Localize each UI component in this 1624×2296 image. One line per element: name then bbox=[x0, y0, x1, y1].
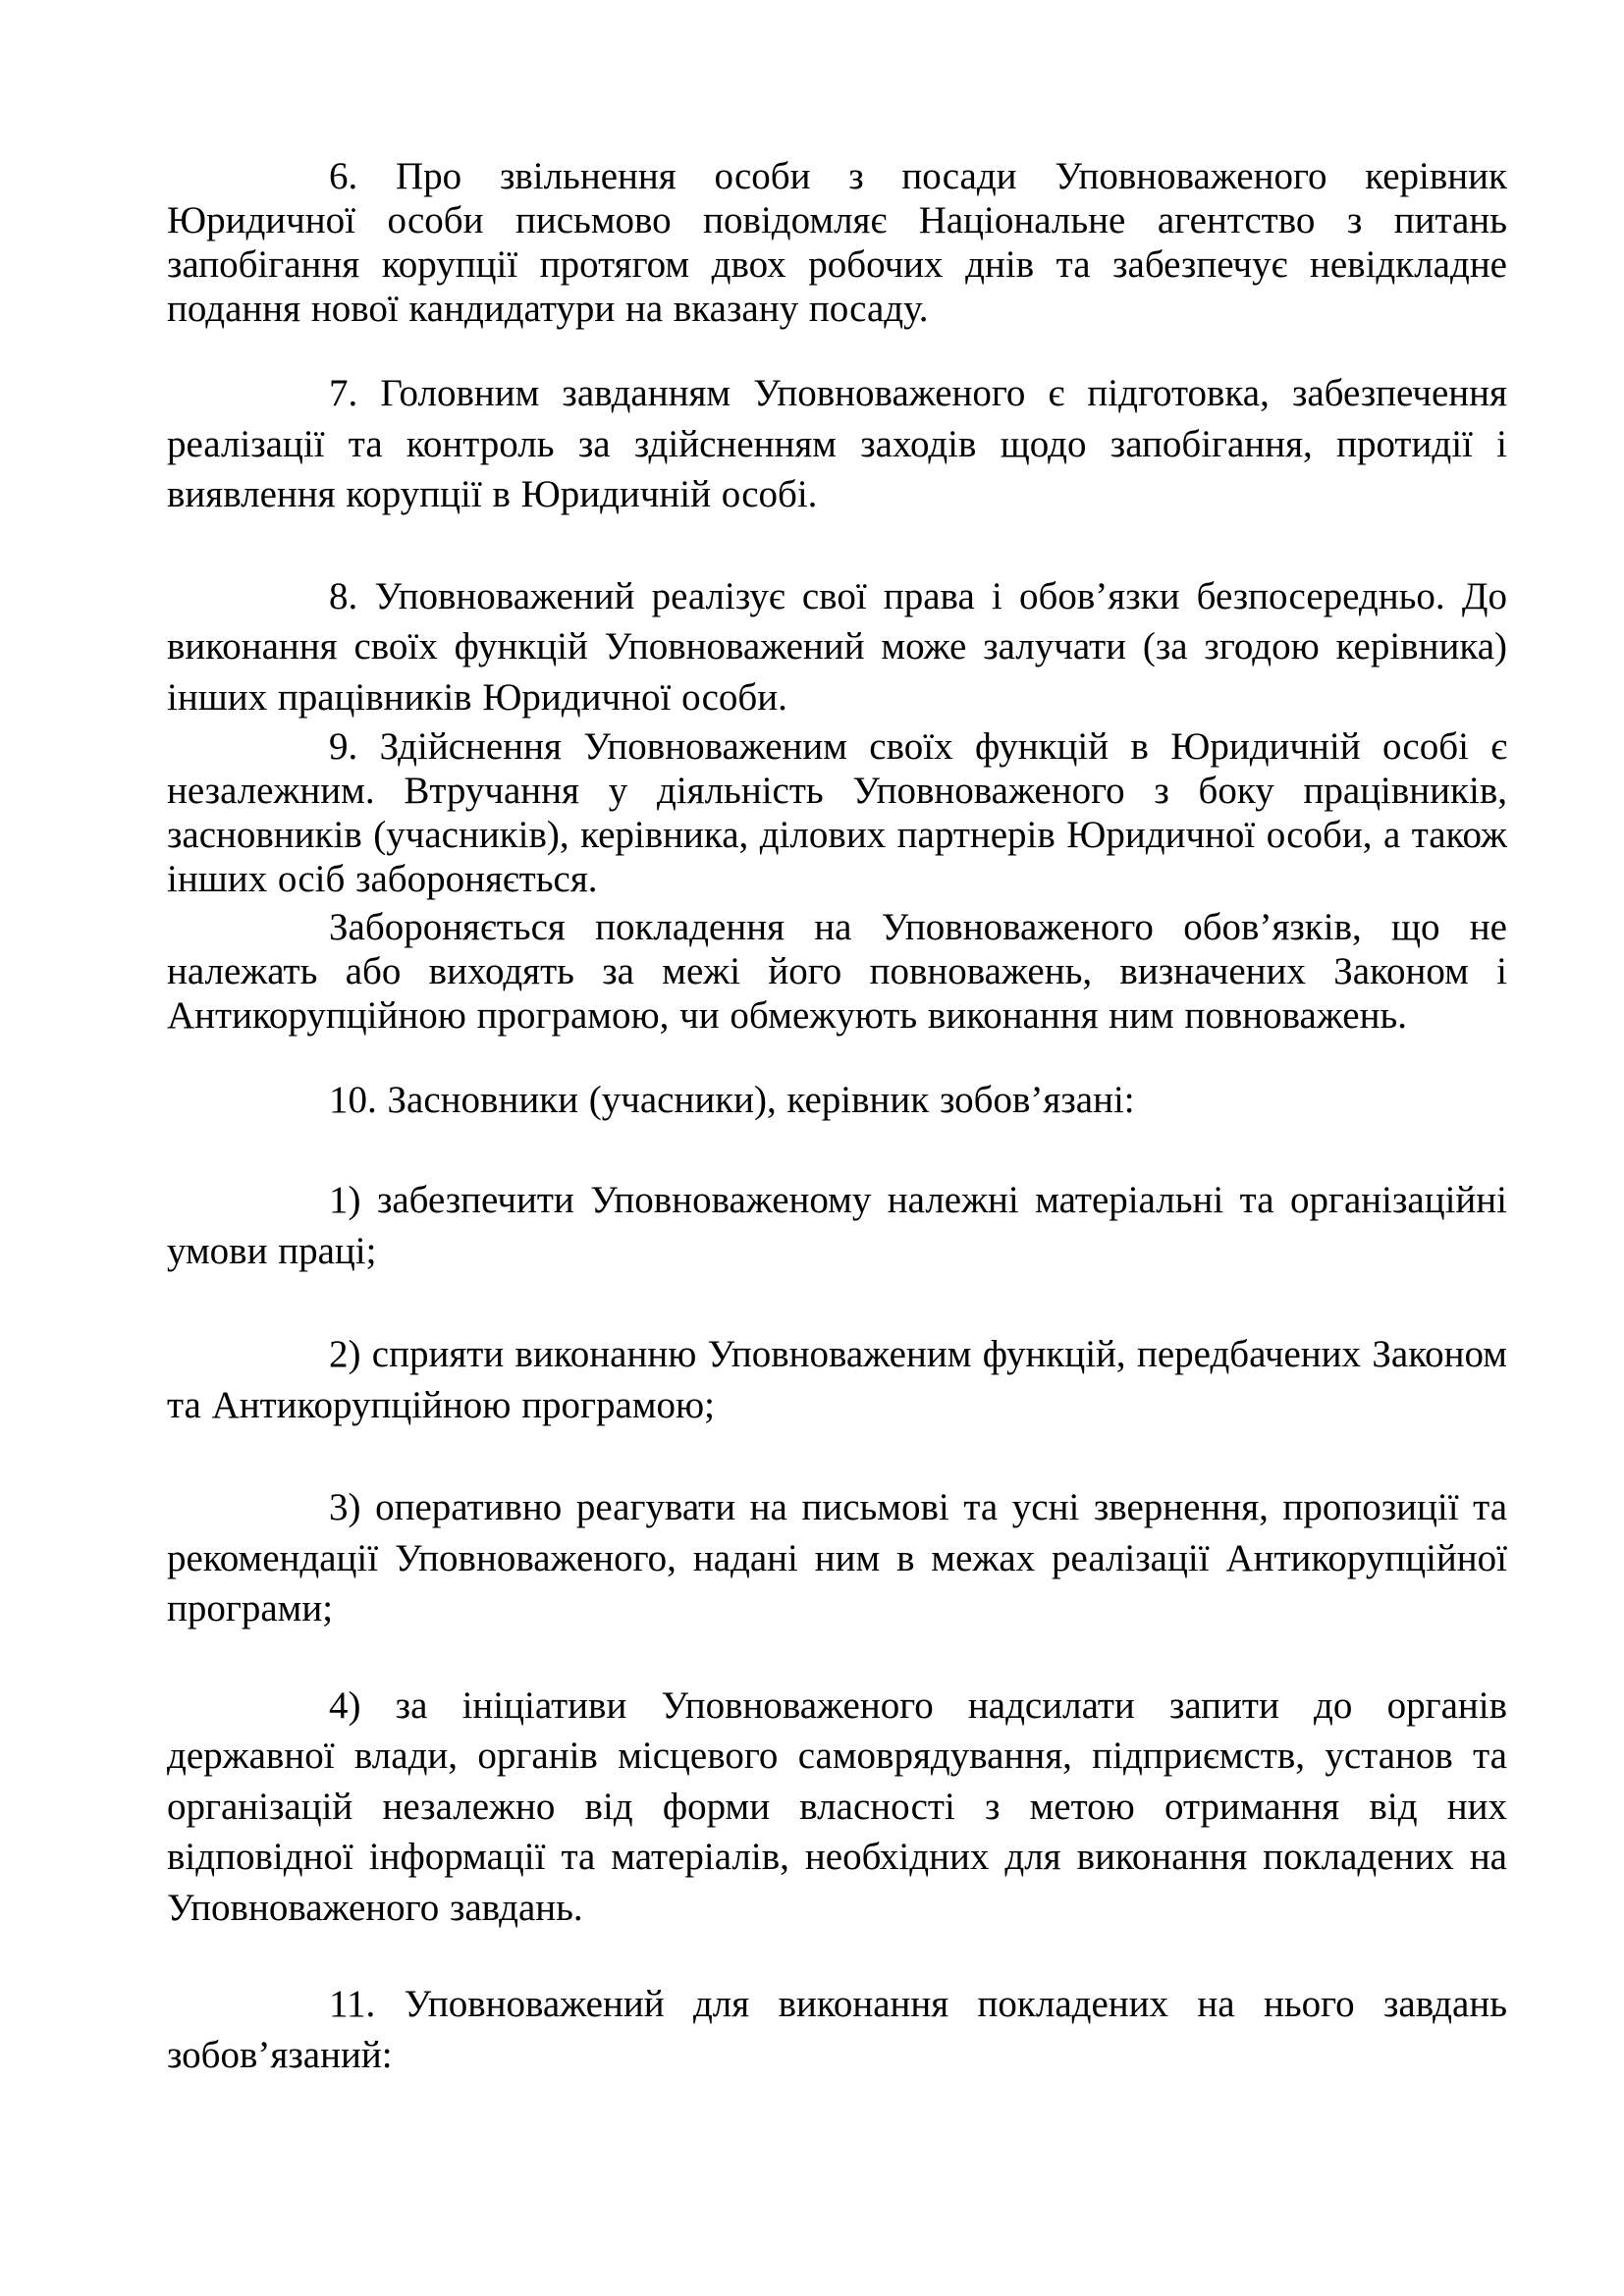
paragraph-clause-7: 7. Головним завданням Уповноваженого є п… bbox=[167, 368, 1507, 520]
paragraph-clause-9: 9. Здійснення Уповноваженим своїх функці… bbox=[167, 724, 1507, 901]
paragraph-clause-10: 10. Засновники (учасники), керівник зобо… bbox=[167, 1078, 1507, 1122]
paragraph-clause-10-item-4: 4) за ініціативи Уповноваженого надсилат… bbox=[167, 1681, 1507, 1934]
paragraph-clause-10-item-2: 2) сприяти виконанню Уповноваженим функц… bbox=[167, 1329, 1507, 1430]
paragraph-clause-10-item-1: 1) забезпечити Уповноваженому належні ма… bbox=[167, 1175, 1507, 1276]
document-page: 6. Про звільнення особи з посади Уповнов… bbox=[0, 0, 1624, 2296]
paragraph-clause-8: 8. Уповноважений реалізує свої права і о… bbox=[167, 571, 1507, 723]
paragraph-clause-10-item-3: 3) оперативно реагувати на письмові та у… bbox=[167, 1482, 1507, 1634]
paragraph-clause-9-continuation: Забороняється покладення на Уповноважено… bbox=[167, 905, 1507, 1038]
paragraph-clause-6: 6. Про звільнення особи з посади Уповнов… bbox=[167, 154, 1507, 331]
paragraph-clause-11: 11. Уповноважений для виконання покладен… bbox=[167, 1979, 1507, 2080]
